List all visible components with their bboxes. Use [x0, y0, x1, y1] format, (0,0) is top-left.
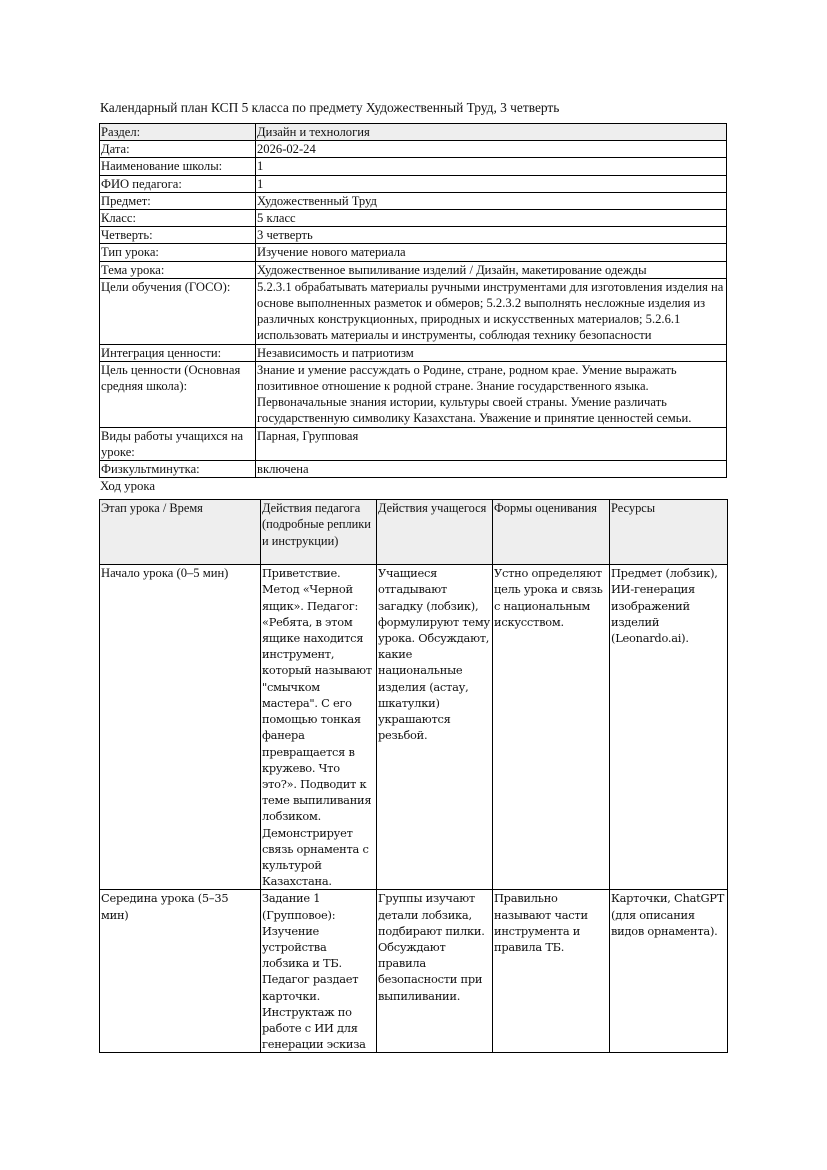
info-label: Раздел: [100, 124, 256, 141]
assessment-cell: Устно определяют цель урока и связь с на… [493, 565, 610, 890]
info-row-work-types: Виды работы учащихся на уроке: Парная, Г… [100, 427, 727, 460]
info-value: 5.2.3.1 обрабатывать материалы ручными и… [256, 278, 727, 344]
info-row-date: Дата: 2026-02-24 [100, 141, 727, 158]
column-header-assessment: Формы оценивания [493, 500, 610, 565]
info-row-value-integration: Интеграция ценности: Независимость и пат… [100, 344, 727, 361]
column-header-stage: Этап урока / Время [100, 500, 261, 565]
lesson-flow-title: Ход урока [100, 478, 727, 495]
info-row-section: Раздел: Дизайн и технология [100, 124, 727, 141]
info-row-lesson-type: Тип урока: Изучение нового материала [100, 244, 727, 261]
resources-cell: Карточки, ChatGPT (для описания видов ор… [610, 890, 728, 1053]
info-value: Знание и умение рассуждать о Родине, стр… [256, 361, 727, 427]
stage-cell: Середина урока (5–35 мин) [100, 890, 261, 1053]
lesson-flow-table: Этап урока / Время Действия педагога (по… [99, 499, 728, 1053]
info-value: включена [256, 461, 727, 478]
info-value: Художественный Труд [256, 192, 727, 209]
table-row: Середина урока (5–35 мин) Задание 1 (Гру… [100, 890, 728, 1053]
info-value: Художественное выпиливание изделий / Диз… [256, 261, 727, 278]
teacher-actions-cell: Приветствие. Метод «Черной ящик». Педаго… [261, 565, 377, 890]
info-label: Физкультминутка: [100, 461, 256, 478]
info-row-school: Наименование школы: 1 [100, 158, 727, 175]
assessment-cell: Правильно называют части инструмента и п… [493, 890, 610, 1053]
document-title: Календарный план КСП 5 класса по предмет… [100, 99, 727, 117]
column-header-student-actions: Действия учащегося [377, 500, 493, 565]
info-label: ФИО педагога: [100, 175, 256, 192]
info-label: Наименование школы: [100, 158, 256, 175]
info-row-value-goal: Цель ценности (Основная средняя школа): … [100, 361, 727, 427]
student-actions-cell: Учащиеся отгадывают загадку (лобзик), фо… [377, 565, 493, 890]
info-label: Четверть: [100, 227, 256, 244]
info-label: Цели обучения (ГОСО): [100, 278, 256, 344]
info-row-grade: Класс: 5 класс [100, 210, 727, 227]
info-row-quarter: Четверть: 3 четверть [100, 227, 727, 244]
student-actions-cell: Группы изучают детали лобзика, подбирают… [377, 890, 493, 1053]
info-value: 3 четверть [256, 227, 727, 244]
info-row-subject: Предмет: Художественный Труд [100, 192, 727, 209]
document-page: Календарный план КСП 5 класса по предмет… [99, 99, 727, 1053]
column-header-teacher-actions: Действия педагога (подробные реплики и и… [261, 500, 377, 565]
info-value: Изучение нового материала [256, 244, 727, 261]
info-label: Виды работы учащихся на уроке: [100, 427, 256, 460]
table-row: Начало урока (0–5 мин) Приветствие. Мето… [100, 565, 728, 890]
info-label: Цель ценности (Основная средняя школа): [100, 361, 256, 427]
info-value: 5 класс [256, 210, 727, 227]
info-value: Дизайн и технология [256, 124, 727, 141]
info-value: Парная, Групповая [256, 427, 727, 460]
info-value: 1 [256, 175, 727, 192]
teacher-actions-cell: Задание 1 (Групповое): Изучение устройст… [261, 890, 377, 1053]
info-label: Предмет: [100, 192, 256, 209]
stage-cell: Начало урока (0–5 мин) [100, 565, 261, 890]
info-row-topic: Тема урока: Художественное выпиливание и… [100, 261, 727, 278]
info-label: Дата: [100, 141, 256, 158]
info-label: Класс: [100, 210, 256, 227]
info-label: Интеграция ценности: [100, 344, 256, 361]
info-label: Тема урока: [100, 261, 256, 278]
info-value: Независимость и патриотизм [256, 344, 727, 361]
info-value: 2026-02-24 [256, 141, 727, 158]
lesson-info-table: Раздел: Дизайн и технология Дата: 2026-0… [99, 123, 727, 478]
info-label: Тип урока: [100, 244, 256, 261]
info-row-learning-goals: Цели обучения (ГОСО): 5.2.3.1 обрабатыва… [100, 278, 727, 344]
info-row-physical-break: Физкультминутка: включена [100, 461, 727, 478]
lesson-flow-header-row: Этап урока / Время Действия педагога (по… [100, 500, 728, 565]
column-header-resources: Ресурсы [610, 500, 728, 565]
info-value: 1 [256, 158, 727, 175]
resources-cell: Предмет (лобзик), ИИ-генерация изображен… [610, 565, 728, 890]
info-row-teacher: ФИО педагога: 1 [100, 175, 727, 192]
